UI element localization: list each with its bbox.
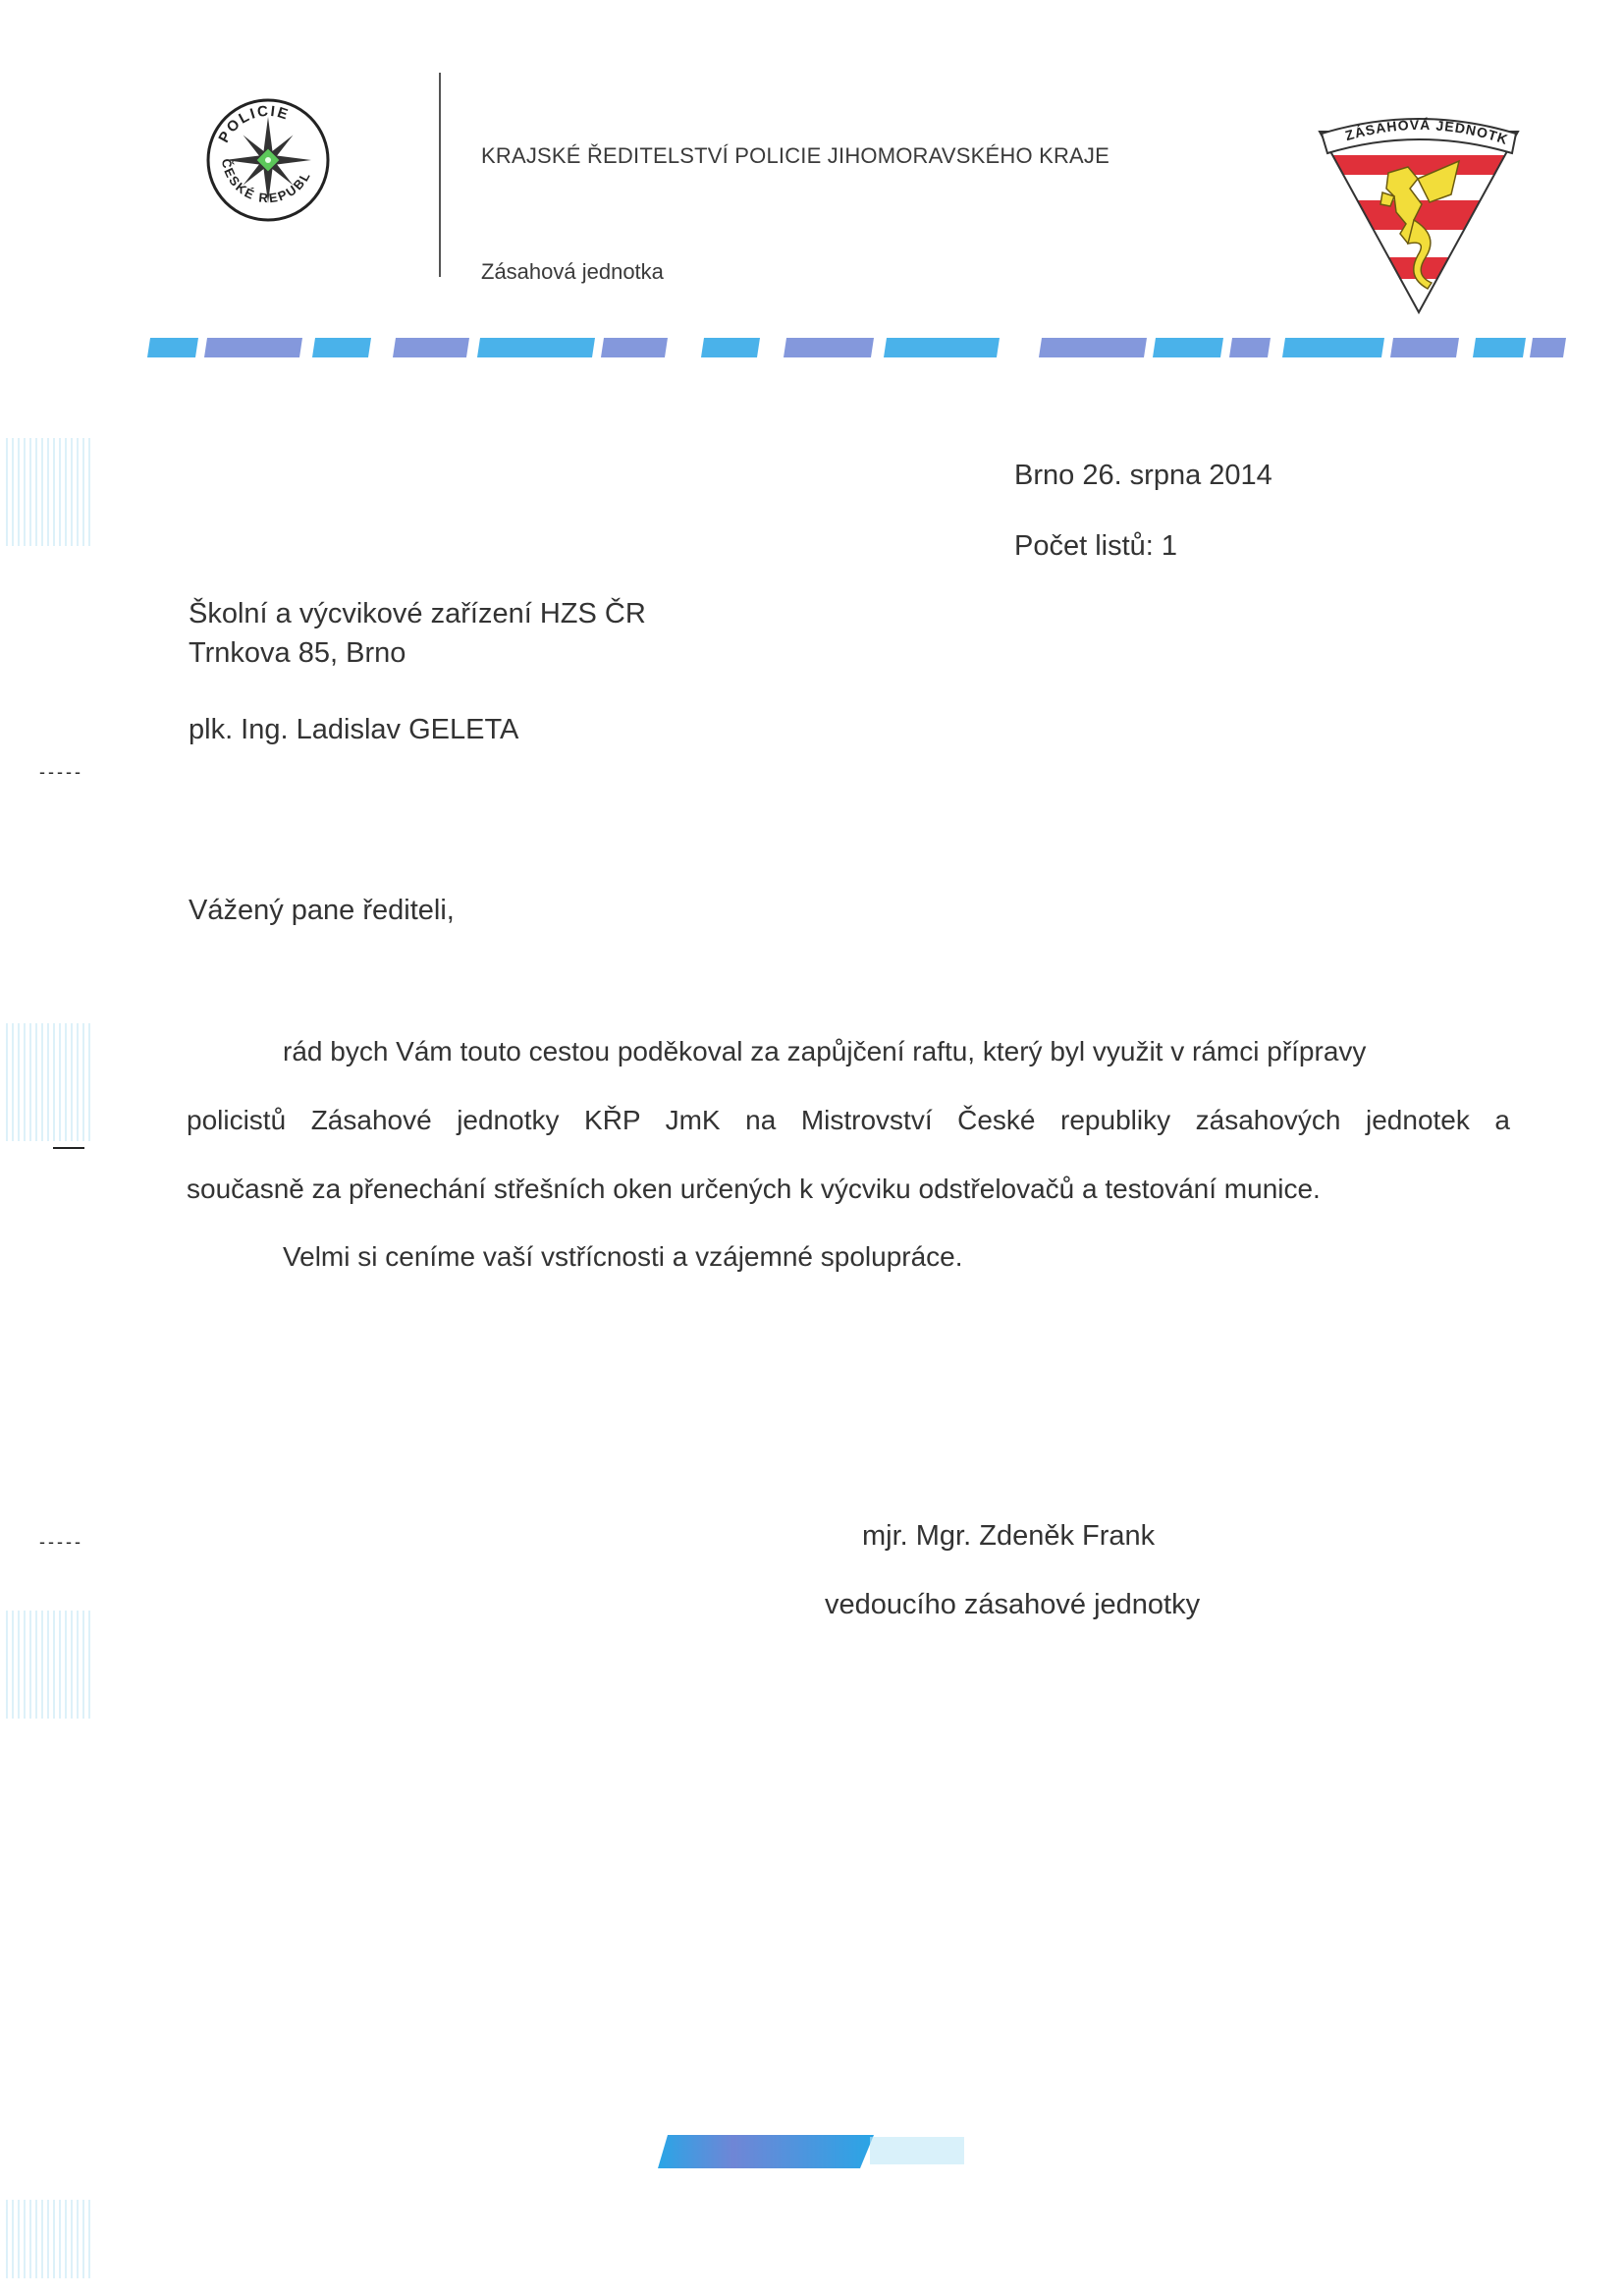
signer-title: vedoucího zásahové jednotky (825, 1589, 1200, 1621)
decorative-stripe (147, 338, 1566, 357)
recipient-organization: Školní a výcvikové zařízení HZS ČR (189, 598, 646, 630)
dragon-shield-icon: ZÁSAHOVÁ JEDNOTKA (1312, 110, 1526, 316)
police-star-icon: POLICIE ČESKÉ REPUBLIKY (204, 96, 332, 224)
scan-artifact (6, 1023, 94, 1141)
margin-mark: ----- (39, 762, 83, 783)
sheet-count: Počet listů: 1 (1014, 530, 1177, 563)
recipient-name: plk. Ing. Ladislav GELETA (189, 714, 518, 746)
signer-name: mjr. Mgr. Zdeněk Frank (862, 1520, 1155, 1553)
recipient-address: Trnkova 85, Brno (189, 637, 406, 670)
paragraph-2: Velmi si ceníme vaší vstřícnosti a vzáje… (283, 1241, 963, 1273)
margin-mark: ----- (39, 1532, 83, 1553)
scan-artifact (6, 2200, 94, 2278)
organization-name: KRAJSKÉ ŘEDITELSTVÍ POLICIE JIHOMORAVSKÉ… (481, 143, 1109, 169)
header-divider (439, 73, 441, 277)
paragraph-1-line-1: rád bych Vám touto cestou poděkoval za z… (283, 1036, 1510, 1067)
salutation: Vážený pane řediteli, (189, 895, 455, 927)
scan-artifact (6, 1611, 94, 1719)
letter-date: Brno 26. srpna 2014 (1014, 460, 1272, 492)
paragraph-1-line-3: současně za přenechání střešních oken ur… (187, 1174, 1321, 1205)
margin-mark (53, 1147, 84, 1149)
footer-stripe (648, 2133, 972, 2168)
unit-name: Zásahová jednotka (481, 259, 664, 285)
paragraph-1-line-2: policistů Zásahové jednotky KŘP JmK na M… (187, 1105, 1510, 1136)
scan-artifact (6, 438, 94, 546)
